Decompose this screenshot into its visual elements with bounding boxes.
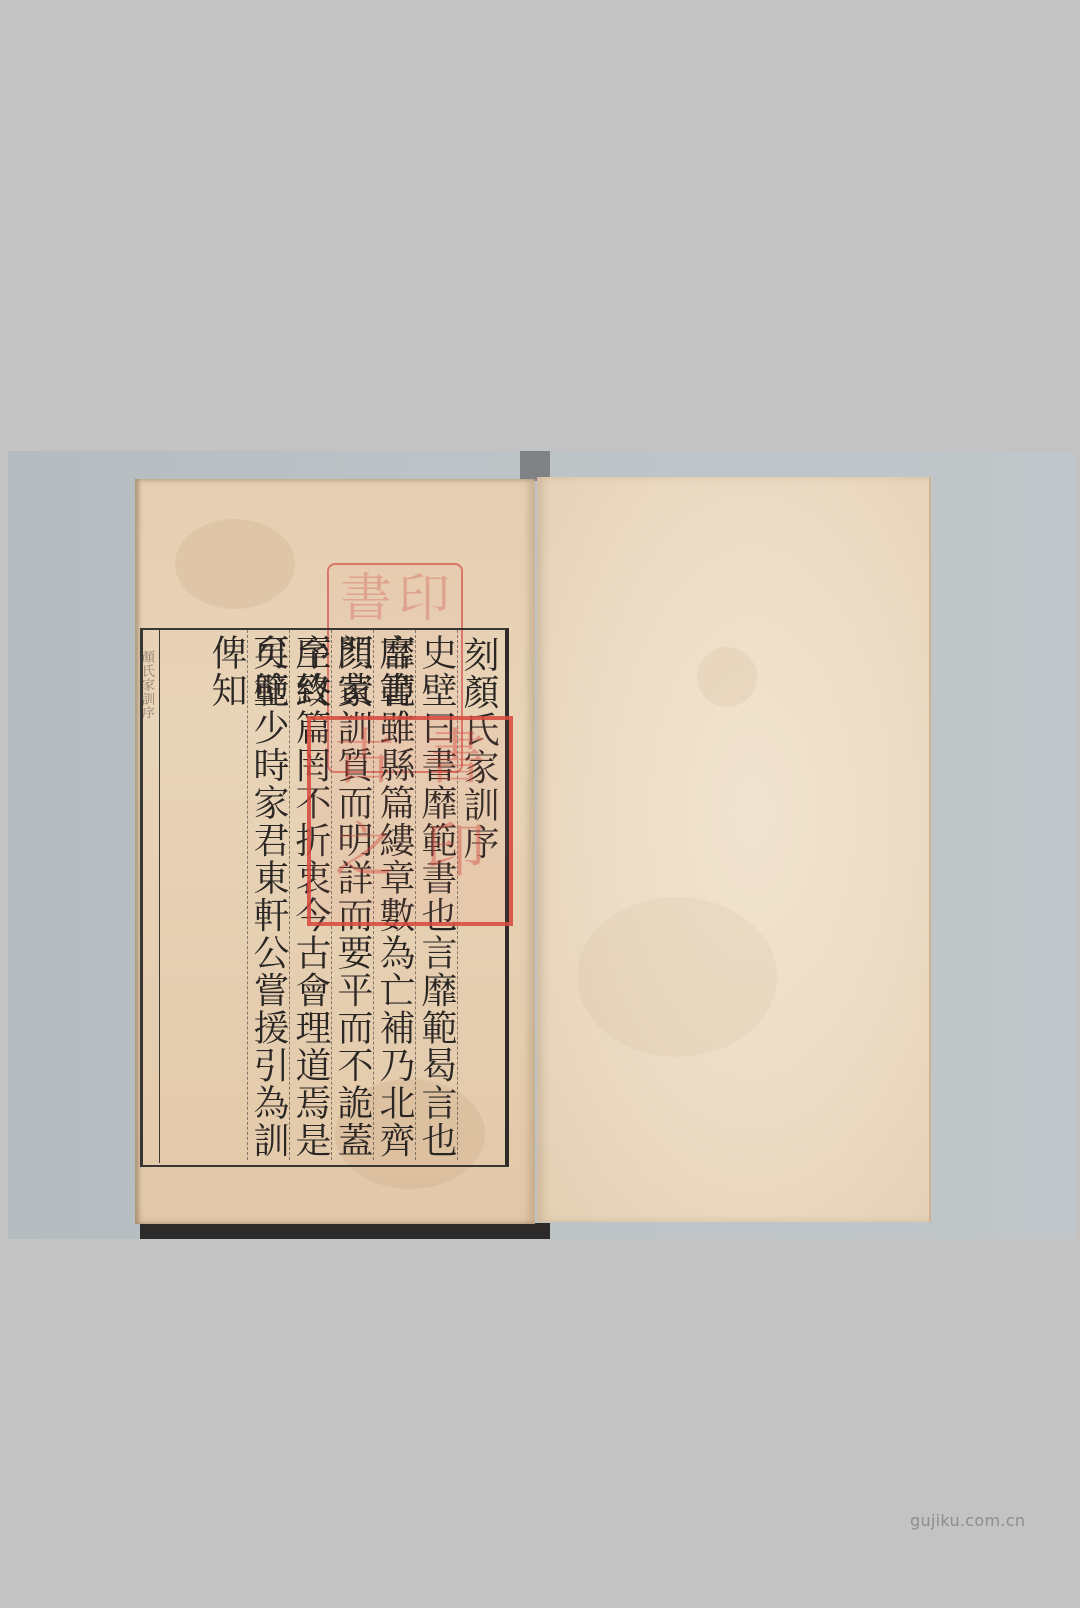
paper-stain — [697, 647, 757, 707]
text-column: 矣壁少時家君東軒公嘗援引為訓俾知 — [247, 630, 289, 1160]
paper-stain — [577, 897, 777, 1057]
seal-glyph: 印 — [410, 821, 501, 914]
seal-stamp-main: 古 書 之 印 — [307, 716, 513, 926]
seal-glyph: 書 — [410, 728, 501, 821]
book-bottom-shadow — [140, 1223, 550, 1239]
seal-glyph: 之 — [319, 821, 410, 914]
paper-stain — [175, 519, 295, 609]
banxin-title: 顏氏家訓序 — [140, 650, 156, 720]
seal-glyph: 古 — [319, 728, 410, 821]
watermark-text: gujiku.com.cn — [910, 1511, 1025, 1530]
right-page-blank — [537, 477, 931, 1222]
